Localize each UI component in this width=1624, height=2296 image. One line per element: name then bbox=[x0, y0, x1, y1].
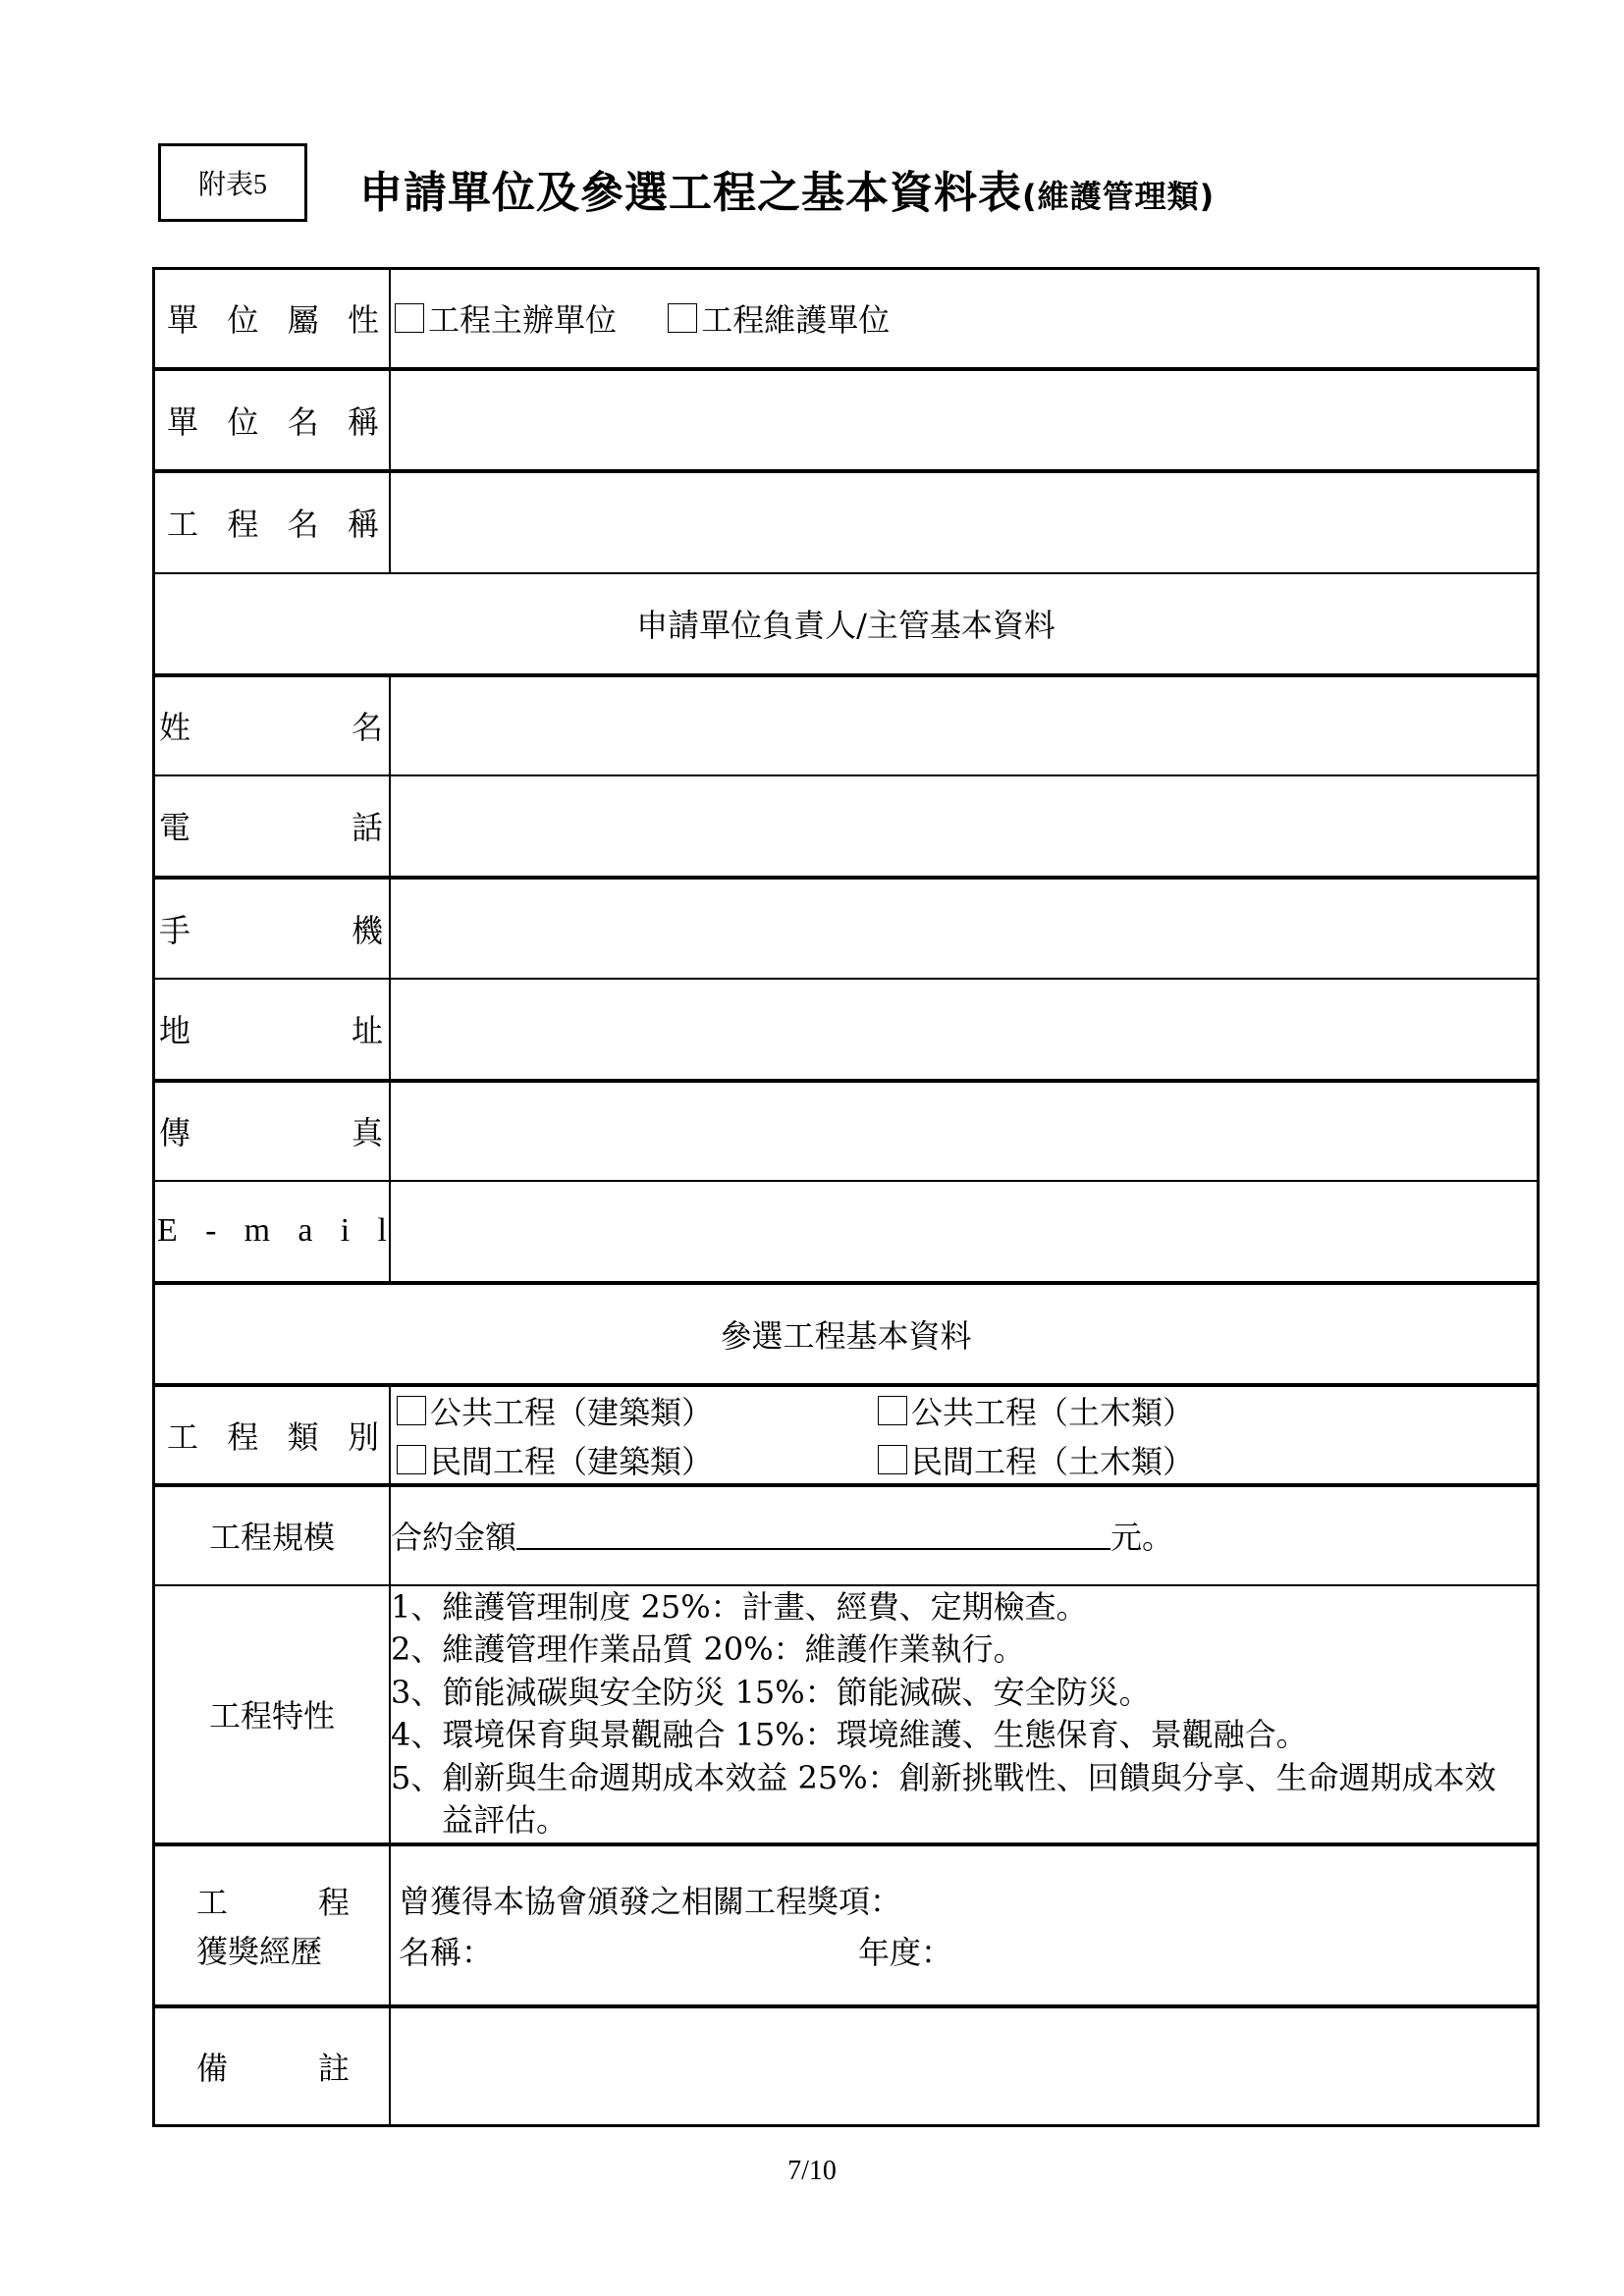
label-char: 備 bbox=[196, 2044, 228, 2089]
person-phone-label-cell: 電話 bbox=[154, 775, 391, 878]
label-char: i bbox=[341, 1212, 350, 1250]
person-phone-field[interactable] bbox=[390, 775, 1539, 878]
row-project-name: 工 程 名 稱 bbox=[154, 471, 1539, 573]
option-maintenance-unit-label: 工程維護單位 bbox=[701, 295, 890, 341]
label-char: 程 bbox=[227, 1413, 258, 1458]
label-char: 姓 bbox=[159, 703, 190, 748]
option-public-civil[interactable]: 公共工程（土木類） bbox=[878, 1388, 1537, 1433]
features-label: 工程特性 bbox=[154, 1585, 391, 1844]
appendix-tag: 附表5 bbox=[158, 143, 307, 222]
category-label-cell: 工 程 類 別 bbox=[154, 1385, 391, 1485]
label-char: 單 bbox=[167, 398, 198, 443]
awards-label-line2: 獲獎經歷 bbox=[196, 1927, 350, 1972]
label-char: 傳 bbox=[159, 1108, 190, 1153]
label-char: 程 bbox=[227, 500, 258, 545]
label-char: 位 bbox=[227, 295, 258, 341]
label-char: a bbox=[298, 1212, 312, 1250]
section-project-title: 參選工程基本資料 bbox=[154, 1283, 1539, 1385]
checkbox-host-unit[interactable] bbox=[395, 303, 424, 333]
unit-type-label-cell: 單 位 屬 性 bbox=[154, 269, 391, 369]
person-mobile-label-cell: 手機 bbox=[154, 878, 391, 979]
feature-item-continuation: 益評估。 bbox=[391, 1799, 1537, 1842]
contract-amount-field[interactable] bbox=[516, 1521, 1110, 1550]
page-title-sub: (維護管理類) bbox=[1022, 178, 1215, 215]
label-char: 稱 bbox=[348, 398, 379, 443]
row-unit-name: 單 位 名 稱 bbox=[154, 369, 1539, 471]
project-name-label-cell: 工 程 名 稱 bbox=[154, 471, 391, 573]
label-char: 工 bbox=[196, 1878, 228, 1923]
feature-item: 1、維護管理制度 25%：計畫、經費、定期檢查。 bbox=[391, 1586, 1537, 1629]
label-char: 名 bbox=[352, 703, 383, 748]
label-char: 程 bbox=[318, 1878, 350, 1923]
remarks-field[interactable] bbox=[390, 2006, 1539, 2126]
checkbox-public-building[interactable] bbox=[397, 1396, 426, 1425]
category-options: 公共工程（建築類） 公共工程（土木類） 民間工程（建築類） 民間工程（土木類） bbox=[390, 1385, 1539, 1485]
page-number: 7/10 bbox=[0, 2156, 1624, 2187]
option-public-civil-label: 公共工程（土木類） bbox=[911, 1388, 1194, 1433]
label-char: 類 bbox=[288, 1413, 319, 1458]
person-name-label-cell: 姓名 bbox=[154, 675, 391, 775]
award-name-label: 名稱： bbox=[399, 1928, 858, 1973]
unit-type-options: 工程主辦單位 工程維護單位 bbox=[390, 269, 1539, 369]
row-remarks: 備 註 bbox=[154, 2006, 1539, 2126]
unit-name-field[interactable] bbox=[390, 369, 1539, 471]
label-char: 單 bbox=[167, 295, 198, 341]
person-address-label-cell: 地址 bbox=[154, 979, 391, 1081]
row-section-person: 申請單位負責人/主管基本資料 bbox=[154, 573, 1539, 675]
label-char: 位 bbox=[227, 398, 258, 443]
feature-item: 5、創新與生命週期成本效益 25%：創新挑戰性、回饋與分享、生命週期成本效 bbox=[391, 1757, 1537, 1800]
option-private-building-label: 民間工程（建築類） bbox=[430, 1437, 713, 1482]
option-host-unit-label: 工程主辦單位 bbox=[428, 295, 617, 341]
label-char: 別 bbox=[348, 1413, 379, 1458]
label-char: 地 bbox=[159, 1006, 190, 1051]
label-char: 話 bbox=[352, 803, 383, 848]
row-person-fax: 傳真 bbox=[154, 1081, 1539, 1181]
option-private-civil[interactable]: 民間工程（土木類） bbox=[878, 1437, 1537, 1482]
checkbox-private-civil[interactable] bbox=[878, 1445, 907, 1474]
row-project-category: 工 程 類 別 公共工程（建築類） 公共工程（土木類） 民間工程（建築類） bbox=[154, 1385, 1539, 1485]
label-char: 工 bbox=[167, 500, 198, 545]
person-address-field[interactable] bbox=[390, 979, 1539, 1081]
row-person-phone: 電話 bbox=[154, 775, 1539, 878]
label-char: 性 bbox=[348, 295, 379, 341]
option-host-unit[interactable]: 工程主辦單位 bbox=[395, 295, 617, 341]
option-public-building-label: 公共工程（建築類） bbox=[430, 1388, 713, 1433]
page-title: 申請單位及參選工程之基本資料表(維護管理類) bbox=[359, 157, 1215, 220]
awards-intro: 曾獲得本協會頒發之相關工程獎項： bbox=[399, 1877, 1537, 1922]
option-public-building[interactable]: 公共工程（建築類） bbox=[397, 1388, 878, 1433]
label-char: 機 bbox=[352, 906, 383, 951]
project-name-field[interactable] bbox=[390, 471, 1539, 573]
awards-cell: 曾獲得本協會頒發之相關工程獎項： 名稱： 年度： bbox=[390, 1844, 1539, 2006]
contract-amount-label: 合約金額 bbox=[391, 1519, 516, 1556]
person-email-field[interactable] bbox=[390, 1181, 1539, 1283]
label-char: 稱 bbox=[348, 500, 379, 545]
label-char: 址 bbox=[352, 1006, 383, 1051]
basic-info-form: 單 位 屬 性 工程主辦單位 工程維護單位 單 位 名 稱 bbox=[152, 267, 1540, 2127]
currency-suffix: 元。 bbox=[1110, 1519, 1173, 1556]
row-person-name: 姓名 bbox=[154, 675, 1539, 775]
option-private-building[interactable]: 民間工程（建築類） bbox=[397, 1437, 878, 1482]
section-person-title: 申請單位負責人/主管基本資料 bbox=[154, 573, 1539, 675]
row-project-features: 工程特性 1、維護管理制度 25%：計畫、經費、定期檢查。 2、維護管理作業品質… bbox=[154, 1585, 1539, 1844]
checkbox-public-civil[interactable] bbox=[878, 1396, 907, 1425]
person-fax-field[interactable] bbox=[390, 1081, 1539, 1181]
option-maintenance-unit[interactable]: 工程維護單位 bbox=[668, 295, 890, 341]
label-char: 屬 bbox=[288, 295, 319, 341]
checkbox-private-building[interactable] bbox=[397, 1445, 426, 1474]
checkbox-maintenance-unit[interactable] bbox=[668, 303, 697, 333]
label-char: m bbox=[244, 1212, 270, 1250]
appendix-tag-label: 附表5 bbox=[198, 163, 267, 202]
person-fax-label-cell: 傳真 bbox=[154, 1081, 391, 1181]
row-unit-type: 單 位 屬 性 工程主辦單位 工程維護單位 bbox=[154, 269, 1539, 369]
feature-item: 2、維護管理作業品質 20%：維護作業執行。 bbox=[391, 1629, 1537, 1672]
row-project-scale: 工程規模 合約金額元。 bbox=[154, 1485, 1539, 1585]
features-list: 1、維護管理制度 25%：計畫、經費、定期檢查。 2、維護管理作業品質 20%：… bbox=[390, 1585, 1539, 1844]
label-char: 名 bbox=[288, 500, 319, 545]
label-char: l bbox=[378, 1212, 387, 1250]
page-title-main: 申請單位及參選工程之基本資料表 bbox=[359, 168, 1022, 218]
unit-name-label-cell: 單 位 名 稱 bbox=[154, 369, 391, 471]
row-section-project: 參選工程基本資料 bbox=[154, 1283, 1539, 1385]
label-char: E bbox=[157, 1212, 178, 1250]
row-project-awards: 工 程 獲獎經歷 曾獲得本協會頒發之相關工程獎項： 名稱： 年度： bbox=[154, 1844, 1539, 2006]
row-person-address: 地址 bbox=[154, 979, 1539, 1081]
scale-label: 工程規模 bbox=[154, 1485, 391, 1585]
label-char: 工 bbox=[167, 1413, 198, 1458]
award-year-label: 年度： bbox=[858, 1928, 952, 1973]
label-char: 手 bbox=[159, 906, 190, 951]
person-name-field[interactable] bbox=[390, 675, 1539, 775]
label-char: 真 bbox=[352, 1108, 383, 1153]
feature-item: 3、節能減碳與安全防災 15%：節能減碳、安全防災。 bbox=[391, 1672, 1537, 1715]
row-person-email: E - m a i l bbox=[154, 1181, 1539, 1283]
scale-cell: 合約金額元。 bbox=[390, 1485, 1539, 1585]
label-char: 名 bbox=[288, 398, 319, 443]
person-email-label-cell: E - m a i l bbox=[154, 1181, 391, 1283]
label-char: - bbox=[205, 1212, 216, 1250]
option-private-civil-label: 民間工程（土木類） bbox=[911, 1437, 1194, 1482]
feature-item: 4、環境保育與景觀融合 15%：環境維護、生態保育、景觀融合。 bbox=[391, 1714, 1537, 1757]
label-char: 電 bbox=[159, 803, 190, 848]
remarks-label-cell: 備 註 bbox=[154, 2006, 391, 2126]
awards-label-cell: 工 程 獲獎經歷 bbox=[154, 1844, 391, 2006]
label-char: 註 bbox=[318, 2044, 350, 2089]
person-mobile-field[interactable] bbox=[390, 878, 1539, 979]
row-person-mobile: 手機 bbox=[154, 878, 1539, 979]
